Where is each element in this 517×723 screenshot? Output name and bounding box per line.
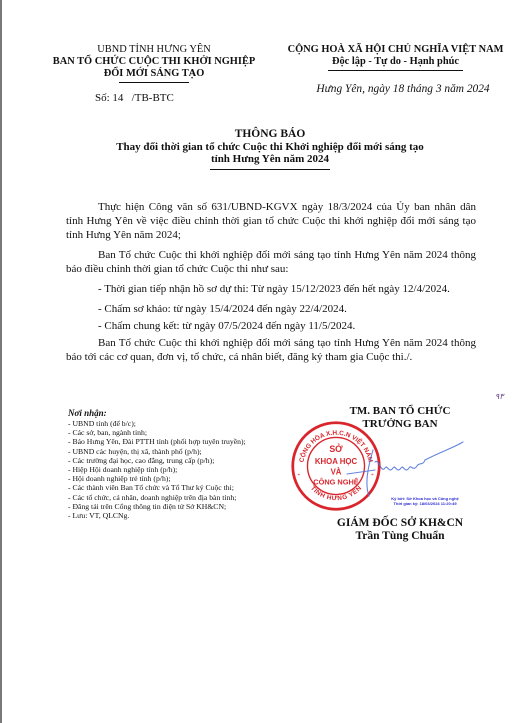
body-paragraph-2: Ban Tổ chức Cuộc thi khởi nghiệp đổi mới… — [66, 248, 476, 276]
body-paragraph-3: Ban Tổ chức Cuộc thi khởi nghiệp đổi mới… — [66, 336, 476, 364]
motto-line-1: CỘNG HOÀ XÃ HỘI CHỦ NGHĨA VIỆT NAM — [278, 44, 513, 56]
header-left-divider — [119, 82, 189, 83]
signature-on-behalf: TM. BAN TỔ CHỨC — [300, 405, 500, 418]
recipients-items: - UBND tỉnh (để b/c);- Các sở, ban, ngàn… — [68, 419, 273, 520]
body-paragraph-1: Thực hiện Công văn số 631/UBND-KGVX ngày… — [66, 200, 476, 242]
title-divider — [210, 169, 330, 170]
recipient-item: - UBND các huyện, thị xã, thành phố (p/h… — [68, 447, 273, 456]
organizer-line-1: BAN TỔ CHỨC CUỘC THI KHỞI NGHIỆP — [45, 56, 263, 68]
svg-text:VÀ: VÀ — [331, 467, 342, 476]
national-motto: CỘNG HOÀ XÃ HỘI CHỦ NGHĨA VIỆT NAM Độc l… — [278, 44, 513, 71]
recipient-item: - Hội doanh nghiệp trẻ tỉnh (p/h); — [68, 474, 273, 483]
motto-line-2: Độc lập - Tự do - Hạnh phúc — [278, 56, 513, 68]
svg-text:SỞ: SỞ — [329, 443, 343, 454]
title-subtitle-line-2: tỉnh Hưng Yên năm 2024 — [60, 153, 480, 166]
schedule-item-submission: - Thời gian tiếp nhận hồ sơ dự thi: Từ n… — [66, 282, 476, 296]
recipient-item: - Hiệp Hội doanh nghiệp tỉnh (p/h); — [68, 465, 273, 474]
recipient-item: - Các sở, ban, ngành tỉnh; — [68, 428, 273, 437]
schedule-item-preliminary: - Chấm sơ khảo: từ ngày 15/4/2024 đến ng… — [66, 302, 476, 316]
handwritten-signature-icon — [345, 440, 465, 500]
esign-time: Thời gian ký: 18/03/2024 11:20:49 — [375, 502, 475, 507]
recipient-item: - UBND tỉnh (để b/c); — [68, 419, 273, 428]
recipient-item: - Báo Hưng Yên, Đài PTTH tỉnh (phối hợp … — [68, 437, 273, 446]
digital-signature-stamp: Ký bởi: Sở Khoa học và Công nghệ Thời gi… — [375, 497, 475, 506]
recipient-item: - Các tổ chức, cá nhân, doanh nghiệp trê… — [68, 493, 273, 502]
document-number: Số: 14 /TB-BTC — [95, 92, 174, 104]
title-heading: THÔNG BÁO — [60, 128, 480, 141]
issue-date: Hưng Yên, ngày 18 tháng 3 năm 2024 — [288, 83, 517, 95]
header-right-divider — [328, 70, 463, 71]
signer-position: GIÁM ĐỐC SỞ KH&CN — [290, 517, 510, 530]
title-subtitle-line-1: Thay đổi thời gian tổ chức Cuộc thi Khởi… — [60, 141, 480, 154]
signer-name: Trần Tùng Chuẩn — [290, 530, 510, 543]
svg-text:*: * — [297, 473, 300, 479]
page-left-border — [0, 0, 2, 723]
document-title: THÔNG BÁO Thay đổi thời gian tổ chức Cuộ… — [60, 128, 480, 170]
issuer-header: UBND TỈNH HƯNG YÊN BAN TỔ CHỨC CUỘC THI … — [45, 44, 263, 83]
schedule-item-final: - Chấm chung kết: từ ngày 07/5/2024 đến … — [66, 319, 476, 333]
signer-block: GIÁM ĐỐC SỞ KH&CN Trần Tùng Chuẩn — [290, 517, 510, 543]
recipients-list: Nơi nhận: - UBND tỉnh (để b/c);- Các sở,… — [68, 408, 273, 520]
recipients-heading: Nơi nhận: — [68, 408, 273, 419]
document-body: Thực hiện Công văn số 631/UBND-KGVX ngày… — [66, 200, 476, 370]
recipient-item: - Các thành viên Ban Tổ chức và Tổ Thư k… — [68, 483, 273, 492]
recipient-item: - Đăng tải trên Cổng thông tin điện tử S… — [68, 502, 273, 511]
recipient-item: - Lưu: VT, QLCNg. — [68, 511, 273, 520]
handwritten-initials: ٩٣ — [495, 392, 504, 401]
recipient-item: - Các trường đại học, cao đẳng, trung cấ… — [68, 456, 273, 465]
authority-name: UBND TỈNH HƯNG YÊN — [45, 44, 263, 56]
organizer-line-2: ĐỔI MỚI SÁNG TẠO — [45, 68, 263, 80]
